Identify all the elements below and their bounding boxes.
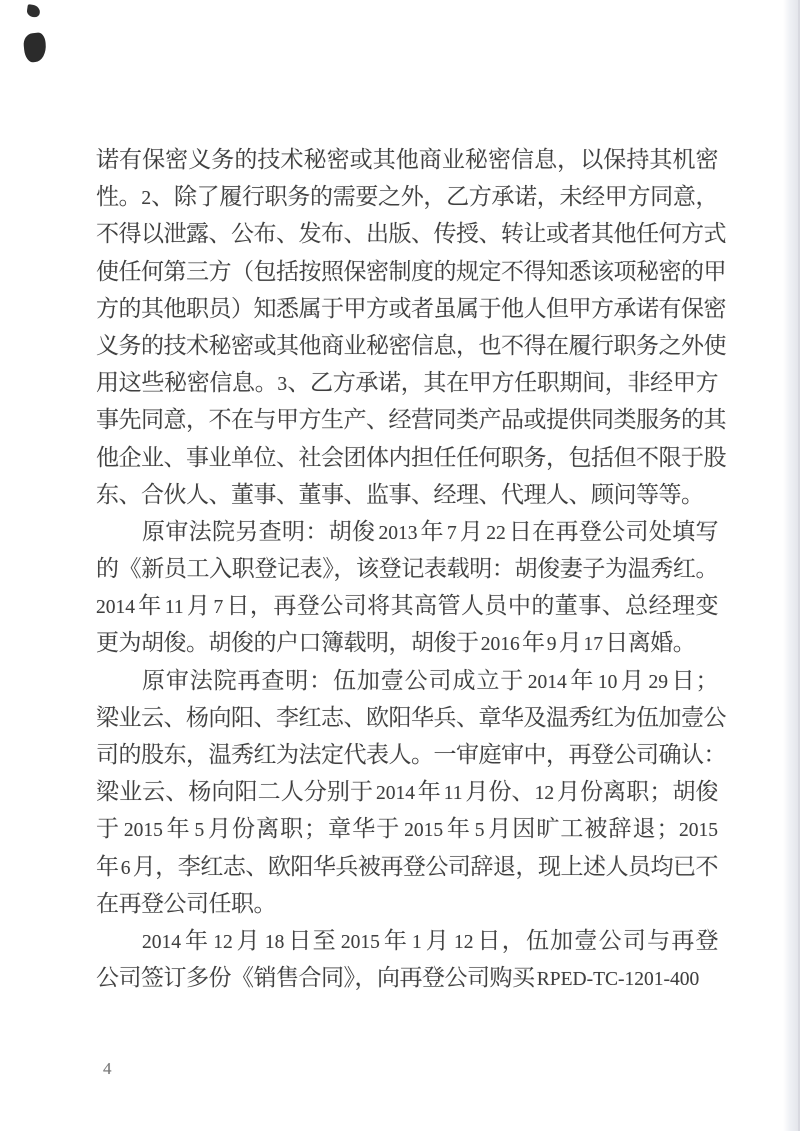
text-line: 使任何第三方（包括按照保密制度的规定不得知悉该项秘密的甲 bbox=[96, 253, 718, 290]
latin-text-run: 2014 bbox=[96, 597, 135, 618]
latin-text-run: 2015 bbox=[679, 820, 718, 841]
text-line: 的《新员工入职登记表》，该登记表载明：胡俊妻子为温秀红。 bbox=[96, 550, 718, 587]
latin-text-run: 11 bbox=[444, 783, 463, 804]
text-line: 诺有保密义务的技术秘密或其他商业秘密信息，以保持其机密 bbox=[96, 141, 718, 178]
scan-artifact bbox=[23, 32, 48, 63]
text-line: 方的其他职员）知悉属于甲方或者虽属于他人但甲方承诺有保密 bbox=[96, 290, 718, 327]
text-line: 不得以泄露、公布、发布、出版、传授、转让或者其他任何方式 bbox=[96, 215, 718, 252]
text-line: 年 6 月，李红志、欧阳华兵被再登公司辞退，现上述人员均已不 bbox=[96, 848, 718, 885]
latin-text-run: 3 bbox=[277, 374, 287, 395]
paragraph: 诺有保密义务的技术秘密或其他商业秘密信息，以保持其机密性。2、除了履行职务的需要… bbox=[96, 141, 718, 513]
latin-text-run: 2014 bbox=[376, 783, 415, 804]
latin-text-run: 11 bbox=[165, 597, 184, 618]
latin-text-run: 22 bbox=[486, 523, 506, 544]
latin-text-run: 17 bbox=[584, 634, 604, 655]
paragraph: 原审法院另查明：胡俊 2013 年 7 月 22 日在再登公司处填写的《新员工入… bbox=[96, 513, 718, 662]
latin-text-run: 2016 bbox=[481, 634, 520, 655]
text-line: 原审法院再查明：伍加壹公司成立于 2014 年 10 月 29 日； bbox=[96, 662, 718, 699]
latin-text-run: 12 bbox=[535, 783, 555, 804]
page-number: 4 bbox=[103, 1057, 112, 1081]
latin-text-run: 2015 bbox=[341, 932, 380, 953]
latin-text-run: 10 bbox=[598, 672, 618, 693]
scanned-page: 诺有保密义务的技术秘密或其他商业秘密信息，以保持其机密性。2、除了履行职务的需要… bbox=[0, 0, 800, 1131]
latin-text-run: 5 bbox=[194, 820, 204, 841]
text-line: 于 2015 年 5 月份离职；章华于 2015 年 5 月因旷工被辞退；201… bbox=[96, 810, 718, 847]
text-line: 用这些秘密信息。3、乙方承诺，其在甲方任职期间，非经甲方 bbox=[96, 364, 718, 401]
text-line: 原审法院另查明：胡俊 2013 年 7 月 22 日在再登公司处填写 bbox=[96, 513, 718, 550]
latin-text-run: 9 bbox=[547, 634, 557, 655]
latin-text-run: 18 bbox=[265, 932, 285, 953]
latin-text-run: 2015 bbox=[124, 820, 163, 841]
text-line: 在再登公司任职。 bbox=[96, 885, 718, 922]
latin-text-run: 29 bbox=[649, 672, 669, 693]
text-line: 2014 年 12 月 18 日至 2015 年 1 月 12 日，伍加壹公司与… bbox=[96, 922, 718, 959]
latin-text-run: 2013 bbox=[378, 523, 417, 544]
latin-text-run: 1 bbox=[412, 932, 422, 953]
latin-text-run: RPED-TC-1201-400 bbox=[537, 969, 700, 990]
text-line: 东、合伙人、董事、董事、监事、经理、代理人、顾问等等。 bbox=[96, 476, 718, 513]
text-line: 梁业云、杨向阳、李红志、欧阳华兵、章华及温秀红为伍加壹公 bbox=[96, 699, 718, 736]
latin-text-run: 12 bbox=[213, 932, 233, 953]
scan-artifact bbox=[26, 4, 41, 18]
latin-text-run: 2 bbox=[141, 188, 151, 209]
text-line: 性。2、除了履行职务的需要之外，乙方承诺，未经甲方同意， bbox=[96, 178, 718, 215]
text-line: 司的股东，温秀红为法定代表人。一审庭审中，再登公司确认： bbox=[96, 736, 718, 773]
latin-text-run: 2014 bbox=[528, 672, 567, 693]
paragraph: 原审法院再查明：伍加壹公司成立于 2014 年 10 月 29 日；梁业云、杨向… bbox=[96, 662, 718, 922]
latin-text-run: 7 bbox=[447, 523, 457, 544]
latin-text-run: 2014 bbox=[142, 932, 181, 953]
page-edge-shadow bbox=[783, 0, 800, 1131]
text-line: 更为胡俊。胡俊的户口簿载明，胡俊于 2016 年 9 月 17 日离婚。 bbox=[96, 624, 718, 661]
text-line: 义务的技术秘密或其他商业秘密信息，也不得在履行职务之外使 bbox=[96, 327, 718, 364]
latin-text-run: 5 bbox=[475, 820, 485, 841]
text-line: 公司签订多份《销售合同》，向再登公司购买 RPED-TC-1201-400 bbox=[96, 959, 718, 996]
text-line: 梁业云、杨向阳二人分别于 2014 年 11 月份、12 月份离职；胡俊 bbox=[96, 773, 718, 810]
latin-text-run: 12 bbox=[454, 932, 474, 953]
latin-text-run: 7 bbox=[214, 597, 224, 618]
latin-text-run: 6 bbox=[121, 858, 131, 879]
text-line: 他企业、事业单位、社会团体内担任任何职务，包括但不限于股 bbox=[96, 439, 718, 476]
text-line: 2014 年 11 月 7 日，再登公司将其高管人员中的董事、总经理变 bbox=[96, 587, 718, 624]
document-body: 诺有保密义务的技术秘密或其他商业秘密信息，以保持其机密性。2、除了履行职务的需要… bbox=[96, 141, 718, 996]
paragraph: 2014 年 12 月 18 日至 2015 年 1 月 12 日，伍加壹公司与… bbox=[96, 922, 718, 996]
text-line: 事先同意，不在与甲方生产、经营同类产品或提供同类服务的其 bbox=[96, 401, 718, 438]
latin-text-run: 2015 bbox=[404, 820, 443, 841]
